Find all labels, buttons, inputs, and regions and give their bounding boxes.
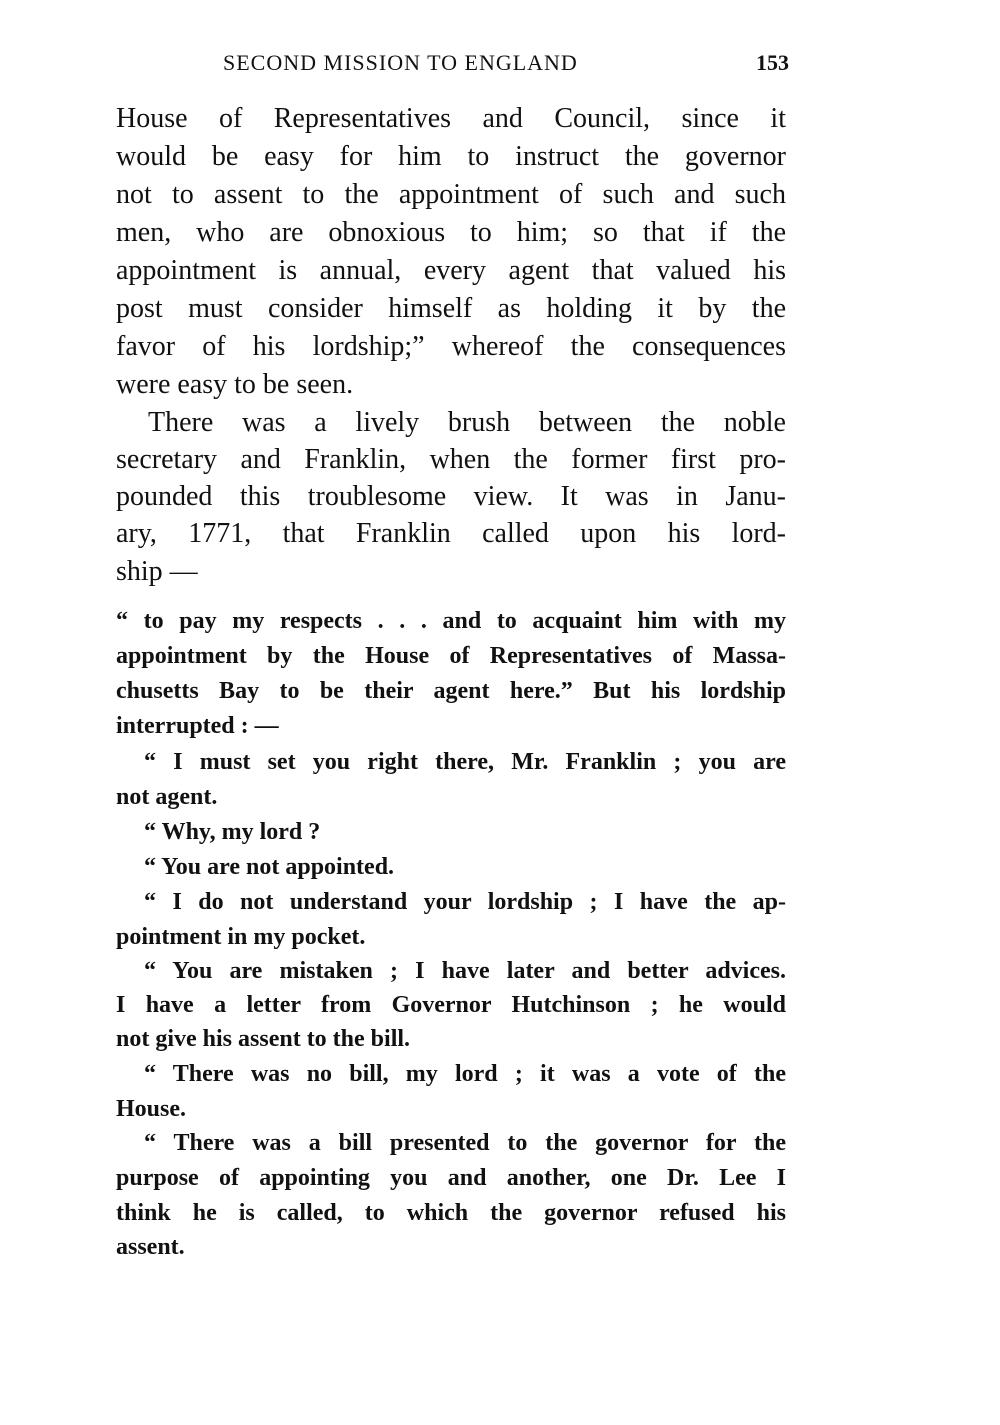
quote-line: assent.: [116, 1230, 786, 1264]
quote-line: “ There was no bill, my lord ; it was a …: [144, 1057, 786, 1091]
running-header: SECOND MISSION TO ENGLAND 153: [223, 50, 789, 80]
quote-line: think he is called, to which the governo…: [116, 1196, 786, 1230]
book-page: SECOND MISSION TO ENGLAND 153 House of R…: [0, 0, 1000, 1425]
quote-line: appointment by the House of Representati…: [116, 639, 786, 673]
text-line: House of Representatives and Council, si…: [116, 100, 786, 138]
text-line: ary, 1771, that Franklin called upon his…: [116, 515, 786, 553]
quote-line: purpose of appointing you and another, o…: [116, 1161, 786, 1195]
quote-line: not agent.: [116, 780, 786, 814]
quote-line: “ You are mistaken ; I have later and be…: [144, 954, 786, 988]
quote-line: “ There was a bill presented to the gove…: [144, 1126, 786, 1160]
text-line: ship —: [116, 553, 786, 591]
text-line: not to assent to the appointment of such…: [116, 176, 786, 214]
quote-line: not give his assent to the bill.: [116, 1022, 786, 1056]
text-line: post must consider himself as holding it…: [116, 290, 786, 328]
quote-line: House.: [116, 1092, 786, 1126]
quote-line: I have a letter from Governor Hutchinson…: [116, 988, 786, 1022]
page-number: 153: [756, 50, 789, 76]
running-title: SECOND MISSION TO ENGLAND: [223, 50, 578, 76]
quote-line: “ I do not understand your lordship ; I …: [144, 885, 786, 919]
quote-line: “ to pay my respects . . . and to acquai…: [116, 604, 786, 638]
text-line: favor of his lordship;” whereof the cons…: [116, 328, 786, 366]
quote-line: “ Why, my lord ?: [144, 815, 786, 849]
quote-line: “ I must set you right there, Mr. Frankl…: [144, 745, 786, 779]
text-line: secretary and Franklin, when the former …: [116, 441, 786, 479]
quote-line: pointment in my pocket.: [116, 920, 786, 954]
text-line: appointment is annual, every agent that …: [116, 252, 786, 290]
text-line: pounded this troublesome view. It was in…: [116, 478, 786, 516]
text-line: were easy to be seen.: [116, 366, 786, 404]
text-line: would be easy for him to instruct the go…: [116, 138, 786, 176]
quote-line: interrupted : —: [116, 709, 786, 743]
text-line: There was a lively brush between the nob…: [148, 404, 786, 442]
quote-line: chusetts Bay to be their agent here.” Bu…: [116, 674, 786, 708]
text-line: men, who are obnoxious to him; so that i…: [116, 214, 786, 252]
quote-line: “ You are not appointed.: [144, 850, 786, 884]
